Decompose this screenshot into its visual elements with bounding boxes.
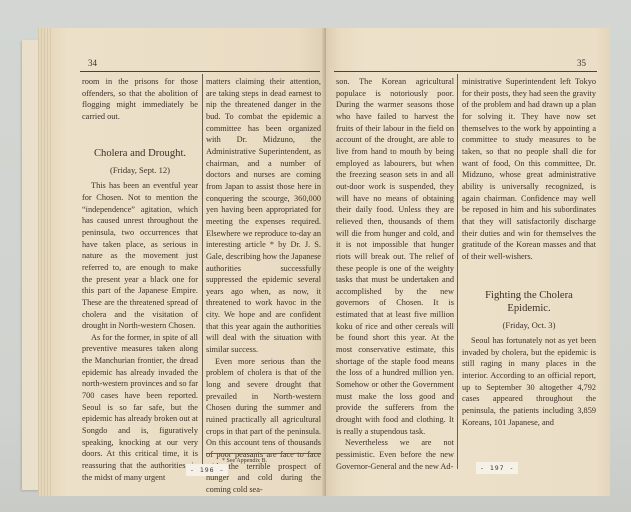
right-page-column-1: son. The Korean agricultural populace is… (336, 76, 454, 472)
article-headline: Fighting the Cholera Epidemic. (462, 289, 596, 315)
paragraph: Nevertheless we are not pessimistic. Eve… (336, 437, 454, 472)
right-page: 35 son. The Korean agricultural populace… (326, 28, 610, 496)
open-book: 34 room in the prisons for those offende… (38, 28, 610, 496)
paragraph: Seoul has fortunately not as yet been in… (462, 335, 596, 428)
archive-page-label: - 197 - (476, 462, 518, 474)
right-page-column-2: ministrative Superintendent left Tokyo f… (462, 76, 596, 428)
page-edges (38, 28, 52, 496)
paragraph: ministrative Superintendent left Tokyo f… (462, 76, 596, 263)
article-dateline: (Friday, Sept. 12) (82, 165, 198, 177)
paragraph: As for the former, in spite of all preve… (82, 332, 198, 484)
article-dateline: (Friday, Oct. 3) (462, 320, 596, 332)
left-page-column-1: room in the prisons for those offenders,… (82, 76, 198, 483)
paragraph: son. The Korean agricultural populace is… (336, 76, 454, 437)
header-rule (334, 71, 597, 72)
header-rule (80, 71, 320, 72)
continuation-text: room in the prisons for those offenders,… (82, 76, 198, 123)
column-divider (457, 74, 458, 469)
paragraph: matters claiming their attention, are ta… (206, 76, 321, 356)
column-divider (202, 74, 203, 469)
page-number: 34 (88, 58, 97, 68)
archive-page-label: - 196 - (186, 464, 228, 476)
article-headline: Cholera and Drought. (82, 147, 198, 160)
headline-line-1: Fighting the Cholera (462, 289, 596, 302)
footnote: * See Appendix B. (222, 458, 267, 464)
left-page-column-2: matters claiming their attention, are ta… (206, 76, 321, 496)
left-page: 34 room in the prisons for those offende… (38, 28, 326, 496)
page-number: 35 (577, 58, 586, 68)
headline-line-2: Epidemic. (462, 302, 596, 315)
paragraph: This has been an eventful year for Chose… (82, 180, 198, 332)
footnote-rule (206, 453, 321, 454)
